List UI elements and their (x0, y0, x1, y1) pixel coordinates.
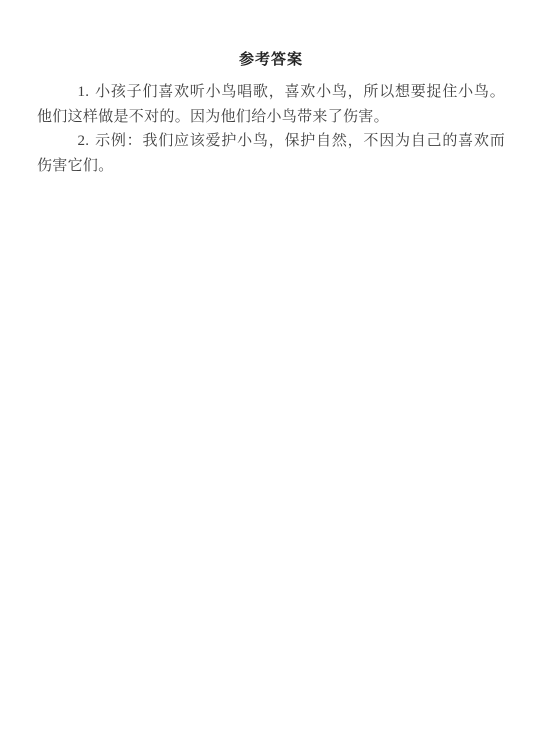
answer-content: 1.小孩子们喜欢听小鸟唱歌，喜欢小鸟，所以想要捉住小鸟。他们这样做是不对的。因为… (37, 80, 505, 178)
answer-text: 示例：我们应该爱护小鸟，保护自然，不因为自己的喜欢而伤害它们。 (37, 133, 505, 174)
answer-page: 参考答案 1.小孩子们喜欢听小鸟唱歌，喜欢小鸟，所以想要捉住小鸟。他们这样做是不… (0, 0, 542, 754)
answer-number: 2. (78, 133, 90, 149)
answer-paragraph: 2.示例：我们应该爱护小鸟，保护自然，不因为自己的喜欢而伤害它们。 (37, 129, 505, 178)
answer-paragraph: 1.小孩子们喜欢听小鸟唱歌，喜欢小鸟，所以想要捉住小鸟。他们这样做是不对的。因为… (37, 80, 505, 129)
page-title: 参考答案 (37, 48, 505, 72)
answer-number: 1. (78, 84, 90, 100)
answer-text: 小孩子们喜欢听小鸟唱歌，喜欢小鸟，所以想要捉住小鸟。他们这样做是不对的。因为他们… (37, 84, 505, 125)
